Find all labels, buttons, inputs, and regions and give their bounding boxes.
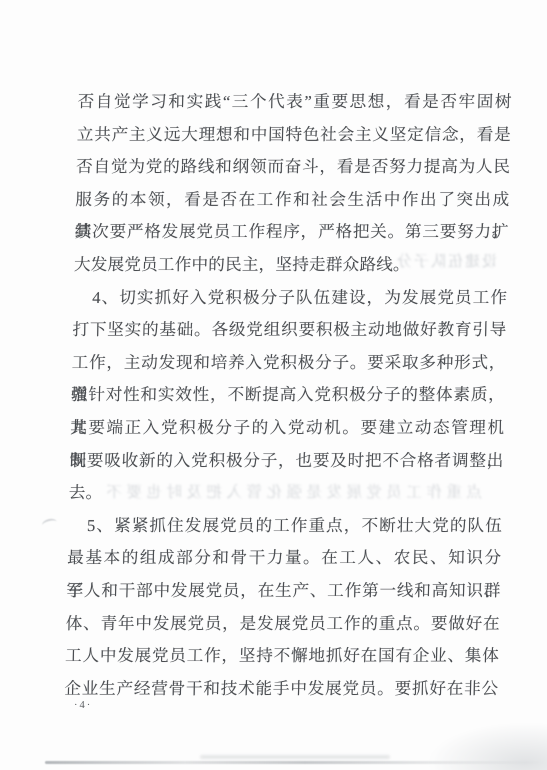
- text-line: 去。: [68, 477, 503, 510]
- text-line: 最基本的组成部分和骨干力量。在工人、农民、知识分子、: [67, 542, 502, 575]
- page-number: ·4·: [74, 700, 92, 711]
- text-line: 体、青年中发展党员，是发展党员工作的重点。要做好在: [65, 608, 500, 641]
- text-line: 强针对性和实效性，不断提高入党积极分子的整体素质，尤: [71, 379, 506, 412]
- text-line: 服务的本领，看是否在工作和社会生活中作出了突出成绩。: [75, 184, 510, 217]
- text-line: 5、紧紧抓住发展党员的工作重点，不断壮大党的队伍: [68, 510, 503, 543]
- text-line: 既要吸收新的入党积极分子，也要及时把不合格者调整出: [69, 445, 504, 478]
- stray-margin-mark: [41, 517, 58, 529]
- text-line: 4、切实抓好入党积极分子队伍建设，为发展党员工作: [73, 282, 508, 315]
- document-text: 否自觉学习和实践“三个代表”重要思想，看是否牢固树立共产主义远大理想和中国特色社…: [64, 86, 512, 705]
- text-line: 否自觉学习和实践“三个代表”重要思想，看是否牢固树: [77, 86, 512, 119]
- text-line: 军人和干部中发展党员，在生产、工作第一线和高知识群: [66, 575, 501, 608]
- text-line: 企业生产经营骨干和技术能手中发展党员。要抓好在非公: [64, 673, 499, 706]
- scan-edge-smudge: [200, 755, 390, 759]
- scan-edge-shadow: [45, 761, 545, 764]
- text-line: 其次要严格发展党员工作程序，严格把关。第三要努力扩: [74, 216, 509, 249]
- text-line: 工作，主动发现和培养入党积极分子。要采取多种形式，增: [71, 347, 506, 380]
- text-line: 打下坚实的基础。各级党组织要积极主动地做好教育引导: [72, 314, 507, 347]
- text-line: 否自觉为党的路线和纲领而奋斗，看是否努力提高为人民: [76, 151, 511, 184]
- text-line: 立共产主义远大理想和中国特色社会主义坚定信念，看是: [77, 119, 512, 152]
- scanned-document-page: 设建伍队子分 点重作工员党展发是强化管入把及时也要不 否自觉学习和实践“三个代表…: [0, 0, 547, 770]
- text-line: 其要端正入党积极分子的入党动机。要建立动态管理机制，: [70, 412, 505, 445]
- text-line: 工人中发展党员工作，坚持不懈地抓好在国有企业、集体: [65, 640, 500, 673]
- text-line: 大发展党员工作中的民主，坚持走群众路线。: [74, 249, 509, 282]
